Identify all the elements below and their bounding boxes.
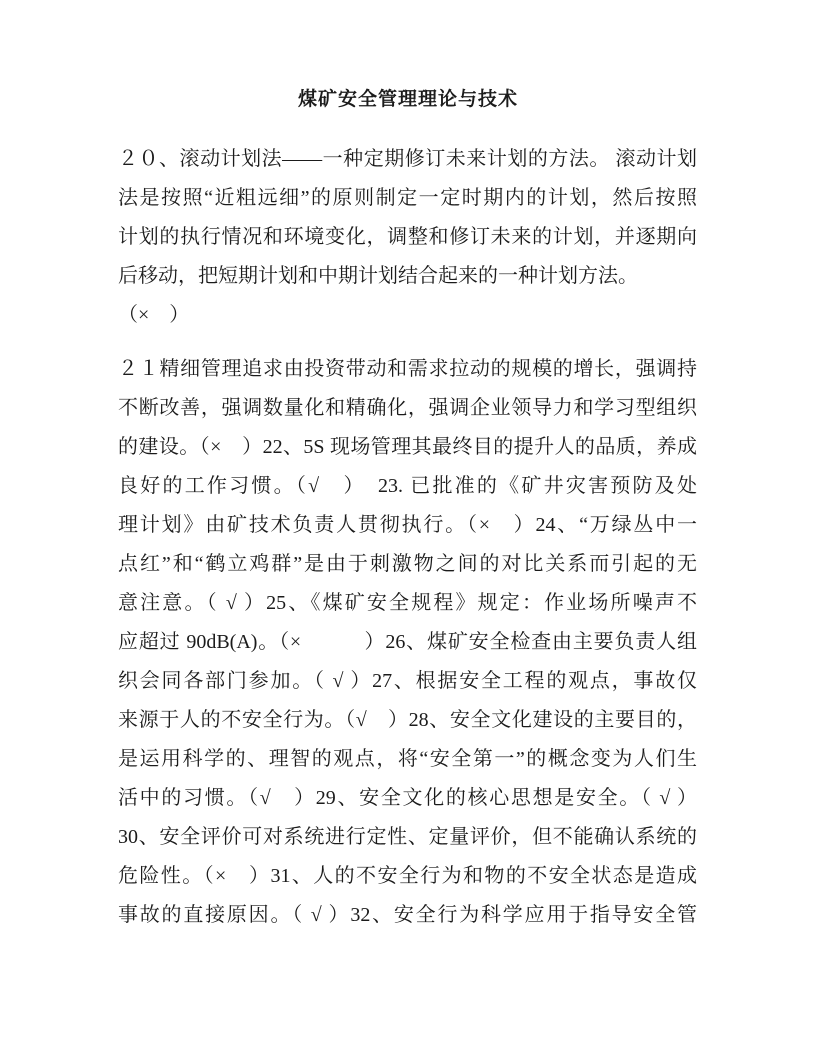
text-line: 活中的习惯。（√ ）29、安全文化的核心思想是安全。（ √ ）	[118, 779, 697, 818]
text-line: 不断改善，强调数量化和精确化，强调企业领导力和学习型组织	[118, 389, 697, 428]
text-line: 计划的执行情况和环境变化，调整和修订未来的计划，并逐期向	[118, 218, 697, 257]
text-line: 良好的工作习惯。（√ ） 23. 已批准的《矿井灾害预防及处	[118, 467, 697, 506]
text-line: 的建设。（× ）22、5S 现场管理其最终目的提升人的品质，养成	[118, 428, 697, 467]
text-line: 来源于人的不安全行为。（√ ）28、安全文化建设的主要目的，	[118, 701, 697, 740]
page-title: 煤矿安全管理理论与技术	[0, 84, 816, 111]
text-line: 织会同各部门参加。（ √ ）27、根据安全工程的观点，事故仅	[118, 662, 697, 701]
paragraph: ２１精细管理追求由投资带动和需求拉动的规模的增长，强调持续不断改善，强调数量化和…	[118, 350, 697, 935]
paragraph: ２０、滚动计划法——一种定期修订未来计划的方法。 滚动计划法是按照“近粗远细”的…	[118, 140, 697, 335]
text-line: 意注意。（ √ ）25、《煤矿安全规程》规定：作业场所噪声不	[118, 584, 697, 623]
document-page: 煤矿安全管理理论与技术 ２０、滚动计划法——一种定期修订未来计划的方法。 滚动计…	[0, 0, 816, 1056]
text-line: 危险性。（× ）31、人的不安全行为和物的不安全状态是造成	[118, 857, 697, 896]
text-line: （× ）	[118, 296, 697, 335]
text-line: ２０、滚动计划法——一种定期修订未来计划的方法。 滚动计划	[118, 140, 697, 179]
text-line: 法是按照“近粗远细”的原则制定一定时期内的计划，然后按照	[118, 179, 697, 218]
text-line: 理计划》由矿技术负责人贯彻执行。（× ）24、“万绿丛中一	[118, 506, 697, 545]
text-line: 点红”和“鹤立鸡群”是由于刺激物之间的对比关系而引起的无	[118, 545, 697, 584]
text-line: 30、安全评价可对系统进行定性、定量评价，但不能确认系统的	[118, 818, 697, 857]
document-body: ２０、滚动计划法——一种定期修订未来计划的方法。 滚动计划法是按照“近粗远细”的…	[118, 140, 697, 950]
text-line: 是运用科学的、理智的观点，将“安全第一”的概念变为人们生	[118, 740, 697, 779]
text-line: 应超过 90dB(A)。（× ）26、煤矿安全检查由主要负责人组	[118, 623, 697, 662]
text-line: ２１精细管理追求由投资带动和需求拉动的规模的增长，强调持续	[118, 350, 697, 389]
text-line: 后移动，把短期计划和中期计划结合起来的一种计划方法。	[118, 257, 697, 296]
text-line: 事故的直接原因。（ √ ）32、安全行为科学应用于指导安全管	[118, 896, 697, 935]
